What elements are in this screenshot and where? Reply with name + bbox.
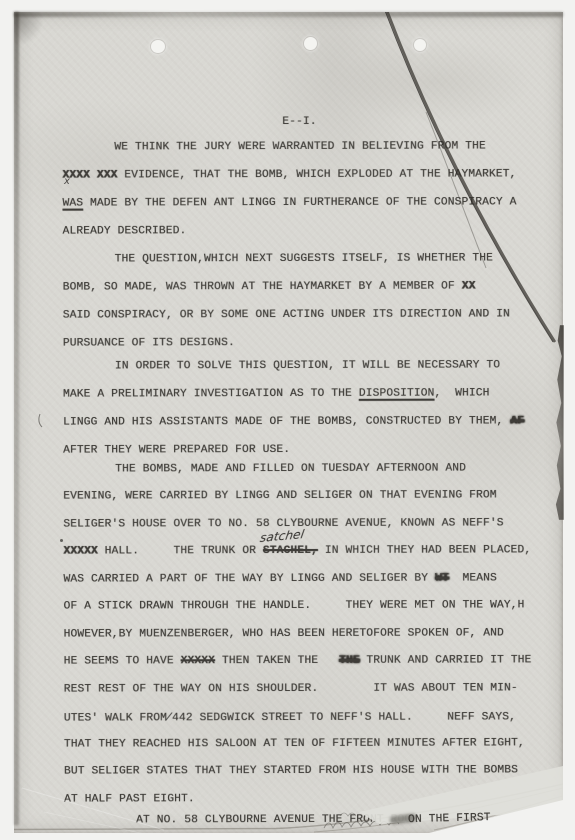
text-segment: HE SEEMS TO HAVE — [64, 655, 181, 667]
text-segment: AT HALF PAST EIGHT. — [64, 793, 195, 805]
text-segment: , WHICH — [434, 387, 489, 399]
text-segment: OF A STICK DRAWN THROUGH THE HANDLE. THE… — [63, 599, 524, 612]
text-segment: ALREADY DESCRIBED. — [62, 225, 186, 237]
text-segment: WT — [435, 565, 449, 593]
text-segment: THE BOMBS, MADE AND FILLED ON TUESDAY AF… — [115, 462, 466, 475]
typed-line: WAS MADE BY THE DEFEN ANT LINGG IN FURTH… — [62, 188, 562, 217]
typed-line: BUT SELIGER STATES THAT THEY STARTED FRO… — [64, 757, 564, 786]
punch-hole — [414, 39, 426, 51]
text-segment: THEN TAKEN THE — [215, 655, 339, 667]
text-segment: BOMB, SO MADE, WAS THROWN AT THE HAYMARK… — [63, 281, 462, 294]
typed-line: SELIGER'S HOUSE OVER TO NO. 58 CLYBOURNE… — [63, 510, 563, 539]
scan-background: { "colors": { "paper": "#d9d8d3", "backg… — [0, 0, 575, 840]
typed-line: OF A STICK DRAWN THROUGH THE HANDLE. THE… — [63, 592, 563, 621]
typed-line: LINGG AND HIS ASSISTANTS MADE OF THE BOM… — [63, 407, 563, 436]
text-segment: XXXXX — [181, 648, 215, 676]
text-segment: THE — [339, 648, 360, 676]
text-segment: EVIDENCE, THAT THE BOMB, WHICH EXPLODED … — [117, 168, 516, 181]
typed-line: REST REST OF THE WAY ON HIS SHOULDER. IT… — [64, 675, 564, 704]
typed-line: WE THINK THE JURY WERE WARRANTED IN BELI… — [62, 132, 562, 161]
paragraph-p3: IN ORDER TO SOLVE THIS QUESTION, IT WILL… — [63, 351, 563, 464]
text-segment: AFTER THEY WERE PREPARED FOR USE. — [63, 444, 290, 457]
text-segment: HOWEVER,BY MUENZENBERGER, WHO HAS BEEN H… — [64, 627, 504, 640]
text-segment: XX — [462, 281, 476, 293]
text-segment: WAS — [62, 198, 83, 210]
paragraph-p4: THE BOMBS, MADE AND FILLED ON TUESDAY AF… — [63, 455, 564, 814]
text-segment: SAID CONSPIRACY, OR BY SOME ONE ACTING U… — [63, 308, 510, 321]
text-segment: MAKE A PRELIMINARY INVESTIGATION AS TO T… — [63, 388, 359, 401]
section-heading: E--I. — [282, 111, 562, 133]
punch-hole — [151, 40, 165, 53]
typed-line: XXXX XXX EVIDENCE, THAT THE BOMB, WHICH … — [62, 160, 562, 189]
text-segment: DISPOSITION — [359, 388, 435, 400]
punch-hole — [304, 37, 317, 50]
stray-x-mark: x — [64, 176, 70, 187]
typed-line: HE SEEMS TO HAVE XXXXX THEN TAKEN THE TH… — [64, 647, 564, 676]
typed-line: XXXXX HALL. THE TRUNK OR STACHEL,satchel… — [63, 537, 563, 566]
text-segment: STACHEL,satchel — [263, 538, 318, 566]
text-segment: MEANS — [449, 572, 497, 584]
text-segment: THE QUESTION,WHICH NEXT SUGGESTS ITSELF,… — [115, 252, 493, 265]
text-segment: MADE BY THE DEFEN ANT LINGG IN FURTHERAN… — [83, 196, 516, 209]
text-segment: HALL. THE TRUNK OR — [98, 545, 263, 557]
stray-ink-dot — [60, 539, 63, 542]
typed-line: EVENING, WERE CARRIED BY LINGG AND SELIG… — [63, 482, 563, 511]
scanned-document-page: E--I. WE THINK THE JURY WERE WARRANTED I… — [14, 12, 563, 833]
text-segment: WAS CARRIED A PART OF THE WAY BY LINGG A… — [63, 572, 435, 585]
text-segment: THAT THEY REACHED HIS SALOON AT TEN OF F… — [64, 737, 525, 750]
typed-line: ALREADY DESCRIBED. — [62, 216, 562, 245]
text-segment: IN ORDER TO SOLVE THIS QUESTION, IT WILL… — [115, 359, 500, 372]
typed-line: THAT THEY REACHED HIS SALOON AT TEN OF F… — [64, 730, 564, 759]
typed-line: BOMB, SO MADE, WAS THROWN AT THE HAYMARK… — [63, 272, 563, 301]
typed-text: E--I. WE THINK THE JURY WERE WARRANTED I… — [13, 11, 564, 833]
text-segment: REST REST OF THE WAY ON HIS SHOULDER. IT… — [64, 682, 518, 695]
text-segment: XXXXX — [63, 545, 97, 557]
text-segment: BUT SELIGER STATES THAT THEY STARTED FRO… — [64, 764, 518, 777]
text-segment: WE THINK THE JURY WERE WARRANTED IN BELI… — [114, 140, 486, 153]
text-segment: IN WHICH THEY HAD BEEN PLACED, — [318, 544, 531, 557]
paragraph-p1: WE THINK THE JURY WERE WARRANTED IN BELI… — [62, 132, 562, 245]
typed-line: MAKE A PRELIMINARY INVESTIGATION AS TO T… — [63, 379, 563, 408]
text-segment: XXXX XXX — [62, 169, 117, 181]
folded-text-fragment: ON THE FIRST — [408, 812, 491, 826]
typed-line: HOWEVER,BY MUENZENBERGER, WHO HAS BEEN H… — [64, 620, 564, 649]
text-segment: AF — [510, 407, 524, 435]
text-segment: UTES' WALK FROM — [64, 712, 167, 724]
typed-line: IN ORDER TO SOLVE THIS QUESTION, IT WILL… — [63, 351, 563, 380]
text-segment: TRUNK AND CARRIED IT THE — [359, 654, 531, 666]
text-segment: LINGG AND HIS ASSISTANTS MADE OF THE BOM… — [63, 415, 510, 428]
paragraph-p2: THE QUESTION,WHICH NEXT SUGGESTS ITSELF,… — [63, 244, 563, 357]
typed-line: SAID CONSPIRACY, OR BY SOME ONE ACTING U… — [63, 300, 563, 329]
text-segment: EVENING, WERE CARRIED BY LINGG AND SELIG… — [63, 489, 496, 502]
handwritten-correction: satchel — [257, 521, 305, 552]
text-segment: PURSUANCE OF ITS DESIGNS. — [63, 337, 235, 349]
typed-line: THE QUESTION,WHICH NEXT SUGGESTS ITSELF,… — [63, 244, 563, 273]
typed-line: UTES' WALK FROM/442 SEDGWICK STREET TO N… — [64, 702, 564, 731]
typed-line: WAS CARRIED A PART OF THE WAY BY LINGG A… — [63, 565, 563, 594]
text-segment: 442 SEDGWICK STREET TO NEFF'S HALL. NEFF… — [172, 711, 516, 724]
typed-line: THE BOMBS, MADE AND FILLED ON TUESDAY AF… — [63, 455, 563, 484]
